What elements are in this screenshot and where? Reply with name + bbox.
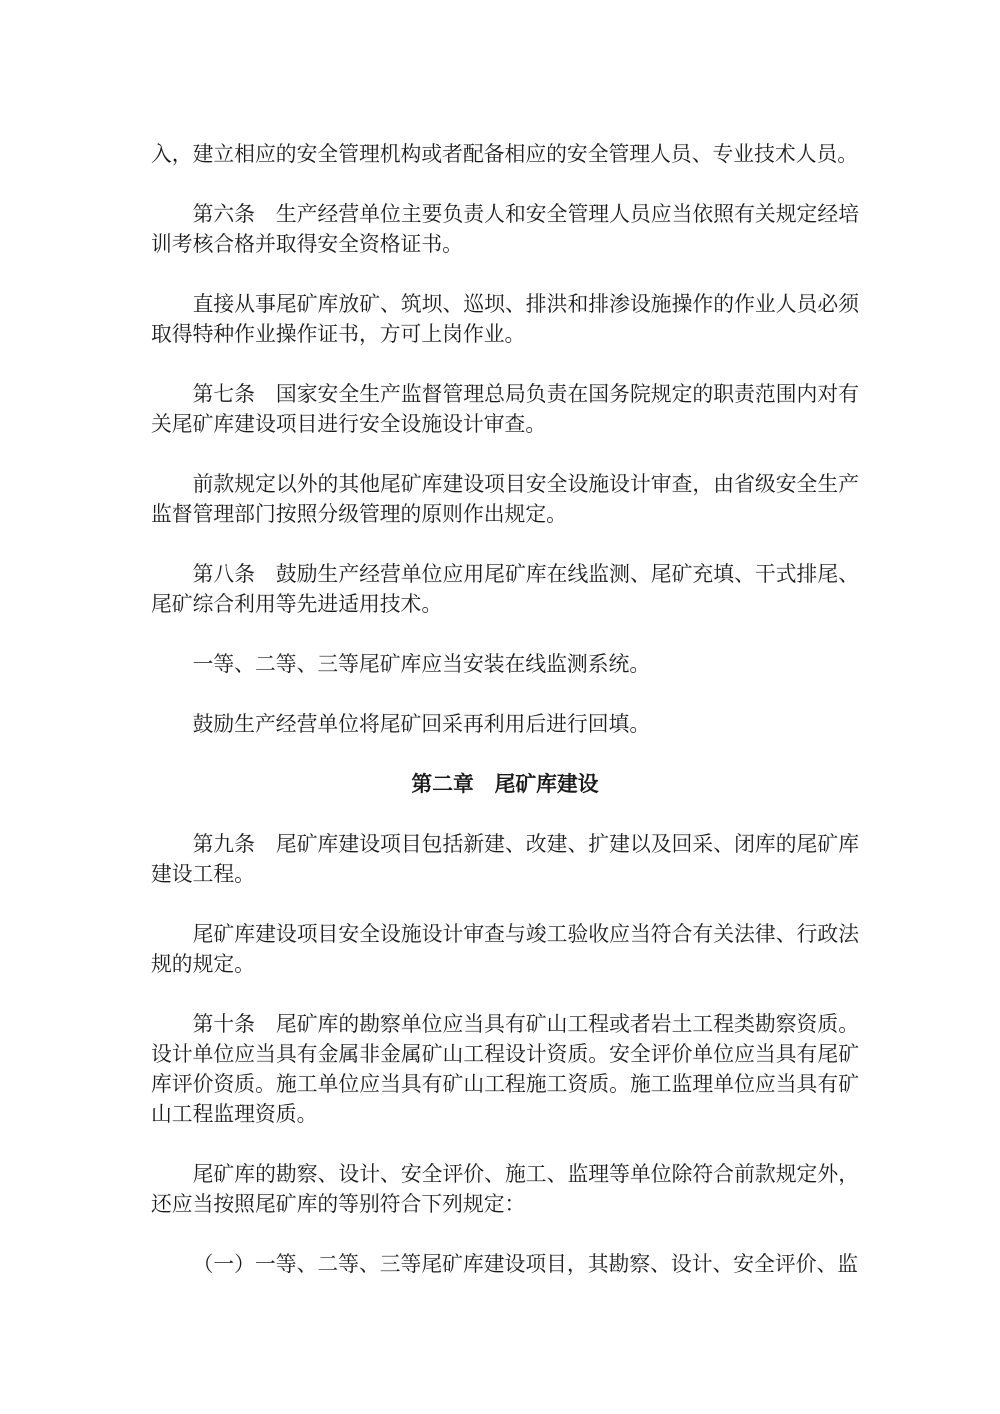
paragraph-article-6-2: 直接从事尾矿库放矿、筑坝、巡坝、排洪和排渗设施操作的作业人员必须取得特种作业操作… — [151, 290, 859, 350]
paragraph-article-10-2: 尾矿库的勘察、设计、安全评价、施工、监理等单位除符合前款规定外，还应当按照尾矿库… — [151, 1160, 859, 1220]
chapter-2-heading: 第二章 尾矿库建设 — [151, 770, 859, 800]
paragraph-article-7-2: 前款规定以外的其他尾矿库建设项目安全设施设计审查，由省级安全生产监督管理部门按照… — [151, 470, 859, 530]
paragraph-article-7: 第七条 国家安全生产监督管理总局负责在国务院规定的职责范围内对有关尾矿库建设项目… — [151, 380, 859, 440]
paragraph-article-8-3: 鼓励生产经营单位将尾矿回采再利用后进行回填。 — [151, 710, 859, 740]
paragraph-article-10-item-1: （一）一等、二等、三等尾矿库建设项目，其勘察、设计、安全评价、监 — [151, 1250, 859, 1280]
document-page: 入，建立相应的安全管理机构或者配备相应的安全管理人员、专业技术人员。第六条 生产… — [0, 0, 1000, 1414]
paragraph-article-6: 第六条 生产经营单位主要负责人和安全管理人员应当依照有关规定经培训考核合格并取得… — [151, 200, 859, 260]
paragraph-article-9-2: 尾矿库建设项目安全设施设计审查与竣工验收应当符合有关法律、行政法规的规定。 — [151, 920, 859, 980]
paragraph-article-9: 第九条 尾矿库建设项目包括新建、改建、扩建以及回采、闭库的尾矿库建设工程。 — [151, 830, 859, 890]
paragraph-article-8: 第八条 鼓励生产经营单位应用尾矿库在线监测、尾矿充填、干式排尾、尾矿综合利用等先… — [151, 560, 859, 620]
paragraph-article-8-2: 一等、二等、三等尾矿库应当安装在线监测系统。 — [151, 650, 859, 680]
paragraph-article-10: 第十条 尾矿库的勘察单位应当具有矿山工程或者岩土工程类勘察资质。设计单位应当具有… — [151, 1010, 859, 1130]
paragraph-continuation: 入，建立相应的安全管理机构或者配备相应的安全管理人员、专业技术人员。 — [151, 140, 859, 170]
document-content: 入，建立相应的安全管理机构或者配备相应的安全管理人员、专业技术人员。第六条 生产… — [151, 140, 859, 1310]
